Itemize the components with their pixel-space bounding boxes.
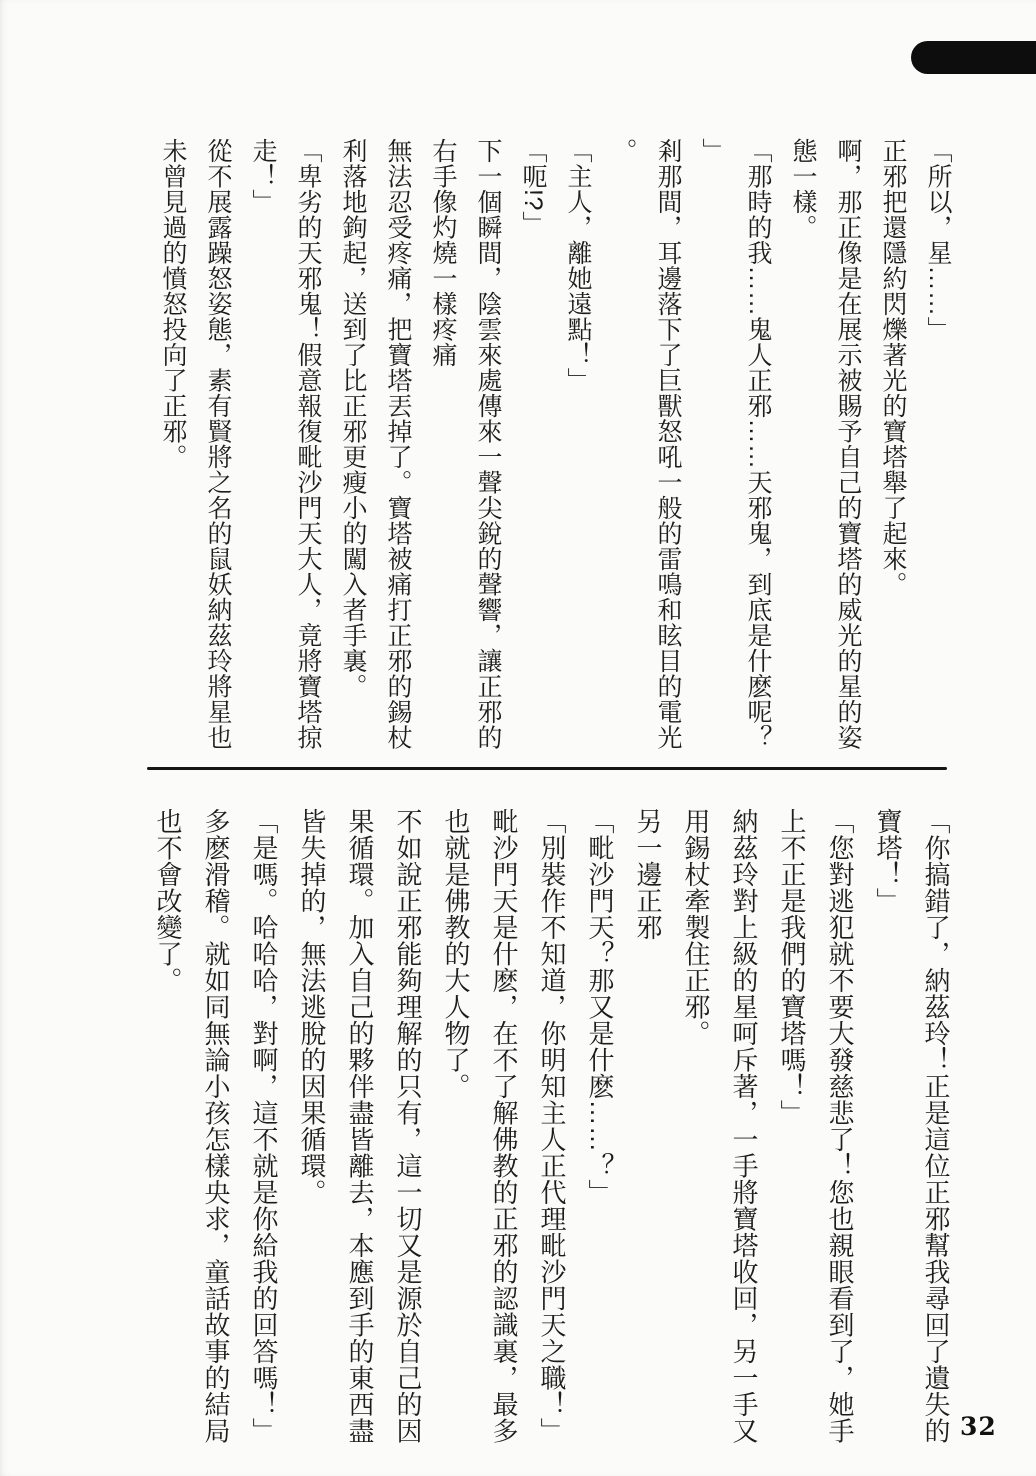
novel-scan-page: 「所以，星……」正邪把還隱約閃爍著光的寶塔舉了起來。啊，那正像是在展示被賜予自己…	[0, 0, 1036, 1476]
text-column: 「主人，離她遠點！」	[555, 138, 600, 768]
text-column: 利落地鉤起，送到了比正邪更瘦小的闖入者手裏。	[330, 138, 375, 768]
text-column: 果循環。加入自己的夥伴盡皆離去，本應到手的東西盡	[336, 808, 384, 1448]
text-column: 啊，那正像是在展示被賜予自己的寶塔的威光的星的姿	[825, 138, 870, 768]
text-column: 走！」	[240, 138, 285, 768]
text-column: 「那時的我……鬼人正邪……天邪鬼，到底是什麽呢？	[735, 138, 780, 768]
text-column: 「你搞錯了，納茲玲！正是這位正邪幫我尋回了遺失的	[912, 808, 960, 1448]
text-column: 態一樣。	[780, 138, 825, 768]
text-column: 納茲玲對上級的星呵斥著，一手將寶塔收回，另一手又	[720, 808, 768, 1448]
text-column: 用錫杖牽製住正邪。	[672, 808, 720, 1448]
text-column: 「毗沙門天？那又是什麽……？」	[576, 808, 624, 1448]
text-column: 上不正是我們的寶塔嗎！」	[768, 808, 816, 1448]
text-column: 「所以，星……」	[915, 138, 960, 768]
page-number: 32	[960, 1412, 997, 1441]
text-column: 正邪把還隱約閃爍著光的寶塔舉了起來。	[870, 138, 915, 768]
text-column: 另一邊正邪	[624, 808, 672, 1448]
text-column: 「別裝作不知道，你明知主人正代理毗沙門天之職！」	[528, 808, 576, 1448]
text-column: 不如說正邪能夠理解的只有，這一切又是源於自己的因	[384, 808, 432, 1448]
text-column: 剎那間，耳邊落下了巨獸怒吼一般的雷鳴和眩目的電光	[645, 138, 690, 768]
text-column: 右手像灼燒一樣疼痛	[420, 138, 465, 768]
text-column: 多麽滑稽。就如同無論小孩怎樣央求，童話故事的結局	[192, 808, 240, 1448]
text-column: 「您對逃犯就不要大發慈悲了！您也親眼看到了，她手	[816, 808, 864, 1448]
text-block-top: 「所以，星……」正邪把還隱約閃爍著光的寶塔舉了起來。啊，那正像是在展示被賜予自己…	[150, 138, 960, 768]
text-block-bottom: 「你搞錯了，納茲玲！正是這位正邪幫我尋回了遺失的寶塔！」「您對逃犯就不要大發慈悲…	[144, 808, 960, 1448]
text-column: 「是嗎。哈哈哈，對啊，這不就是你給我的回答嗎！」	[240, 808, 288, 1448]
section-divider	[147, 767, 947, 770]
text-column: 皆失掉的，無法逃脫的因果循環。	[288, 808, 336, 1448]
text-column: 未曾見過的憤怒投向了正邪。	[150, 138, 195, 768]
text-column: 下一個瞬間，陰雲來處傳來一聲尖銳的聲響，讓正邪的	[465, 138, 510, 768]
text-column: 」	[690, 138, 735, 768]
text-column: 「呃!?」	[510, 138, 555, 768]
page-edge-tab-icon	[911, 41, 1036, 74]
text-column: 。	[600, 138, 645, 768]
text-column: 也不會改變了。	[144, 808, 192, 1448]
text-column: 也就是佛教的大人物了。	[432, 808, 480, 1448]
text-column: 寶塔！」	[864, 808, 912, 1448]
text-column: 無法忍受疼痛，把寶塔丟掉了。寶塔被痛打正邪的錫杖	[375, 138, 420, 768]
text-column: 毗沙門天是什麽，在不了解佛教的正邪的認識裏，最多	[480, 808, 528, 1448]
text-column: 「卑劣的天邪鬼！假意報復毗沙門天大人，竟將寶塔掠	[285, 138, 330, 768]
text-column: 從不展露躁怒姿態，素有賢將之名的鼠妖納茲玲將星也	[195, 138, 240, 768]
